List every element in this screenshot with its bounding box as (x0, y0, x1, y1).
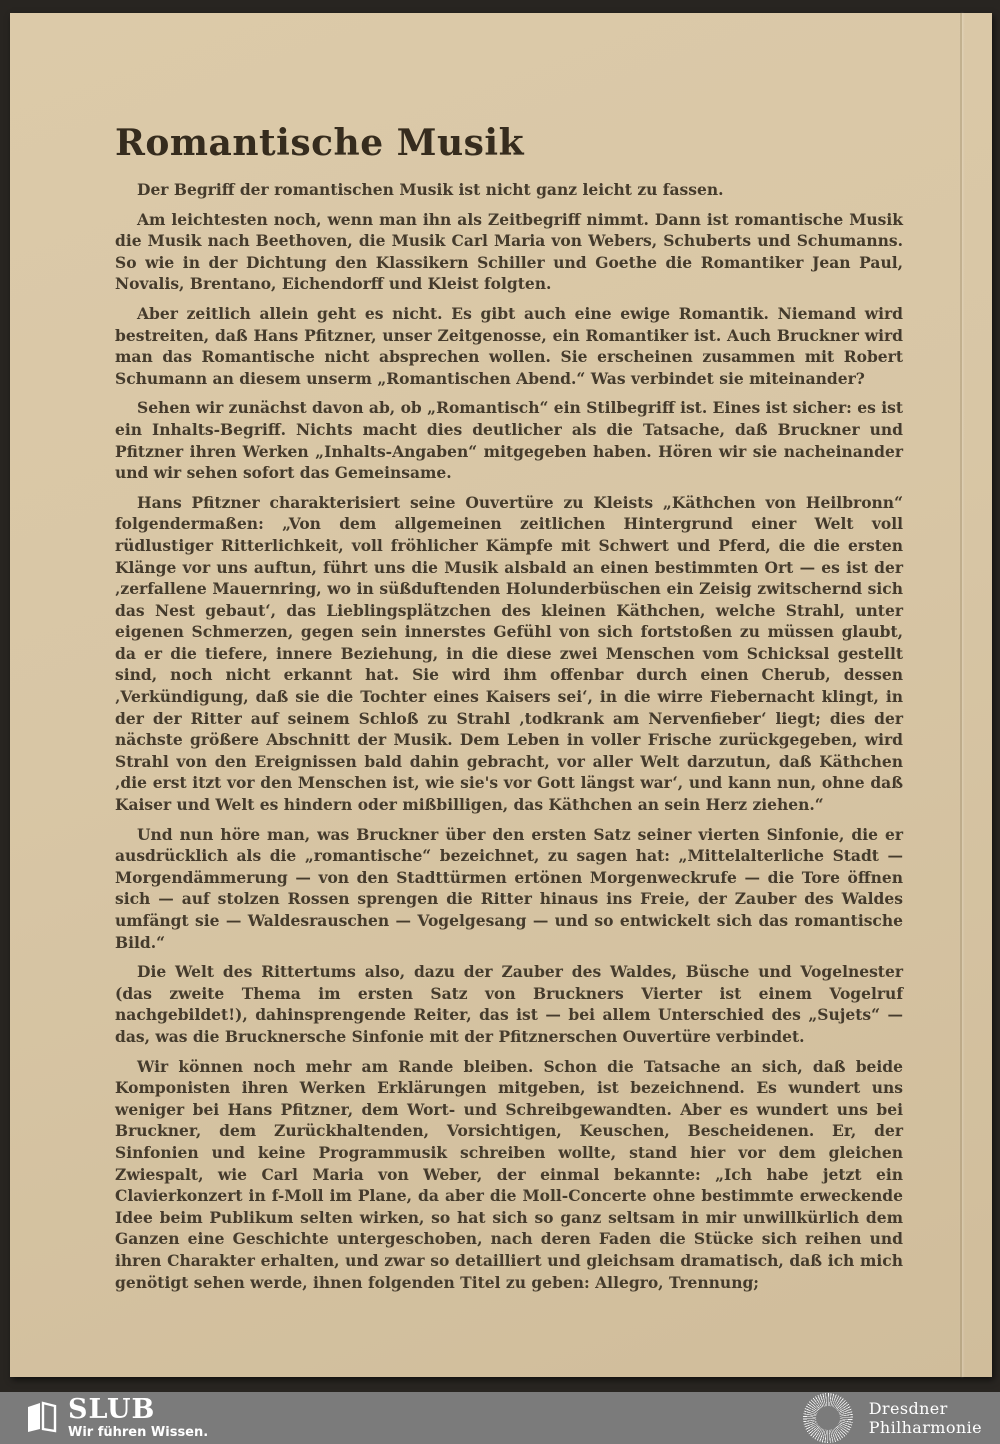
paragraph: Aber zeitlich allein geht es nicht. Es g… (115, 303, 903, 389)
paragraph: Hans Pfitzner charakterisiert seine Ouve… (115, 492, 903, 816)
sunburst-icon (803, 1393, 853, 1443)
paragraph: Sehen wir zunächst davon ab, ob „Romanti… (115, 397, 903, 483)
dresdner-philharmonie-logo[interactable]: Dresdner Philharmonie (803, 1393, 1000, 1443)
footer-bar: SLUB Wir führen Wissen. Dresdner Philhar… (0, 1392, 1000, 1444)
paragraph: Die Welt des Rittertums also, dazu der Z… (115, 961, 903, 1047)
open-book-icon (26, 1400, 58, 1438)
scan-viewport: { "document": { "title": "Romantische Mu… (0, 0, 1000, 1444)
philharmonie-wordmark-line2: Philharmonie (869, 1418, 982, 1437)
slub-wordmark: SLUB (68, 1396, 208, 1423)
paragraph: Und nun höre man, was Bruckner über den … (115, 824, 903, 954)
document-body: Der Begriff der romantischen Musik ist n… (115, 179, 903, 1293)
paragraph: Am leichtesten noch, wenn man ihn als Ze… (115, 209, 903, 295)
paragraph: Wir können noch mehr am Rande bleiben. S… (115, 1056, 903, 1294)
document-title: Romantische Musik (115, 123, 903, 163)
philharmonie-wordmark-line1: Dresdner (869, 1399, 982, 1418)
paragraph: Der Begriff der romantischen Musik ist n… (115, 179, 903, 201)
document-content: Romantische Musik Der Begriff der romant… (115, 123, 903, 1301)
slub-logo[interactable]: SLUB Wir führen Wissen. (0, 1396, 208, 1441)
document-page: Romantische Musik Der Begriff der romant… (10, 13, 992, 1377)
slub-tagline: Wir führen Wissen. (68, 1425, 208, 1441)
